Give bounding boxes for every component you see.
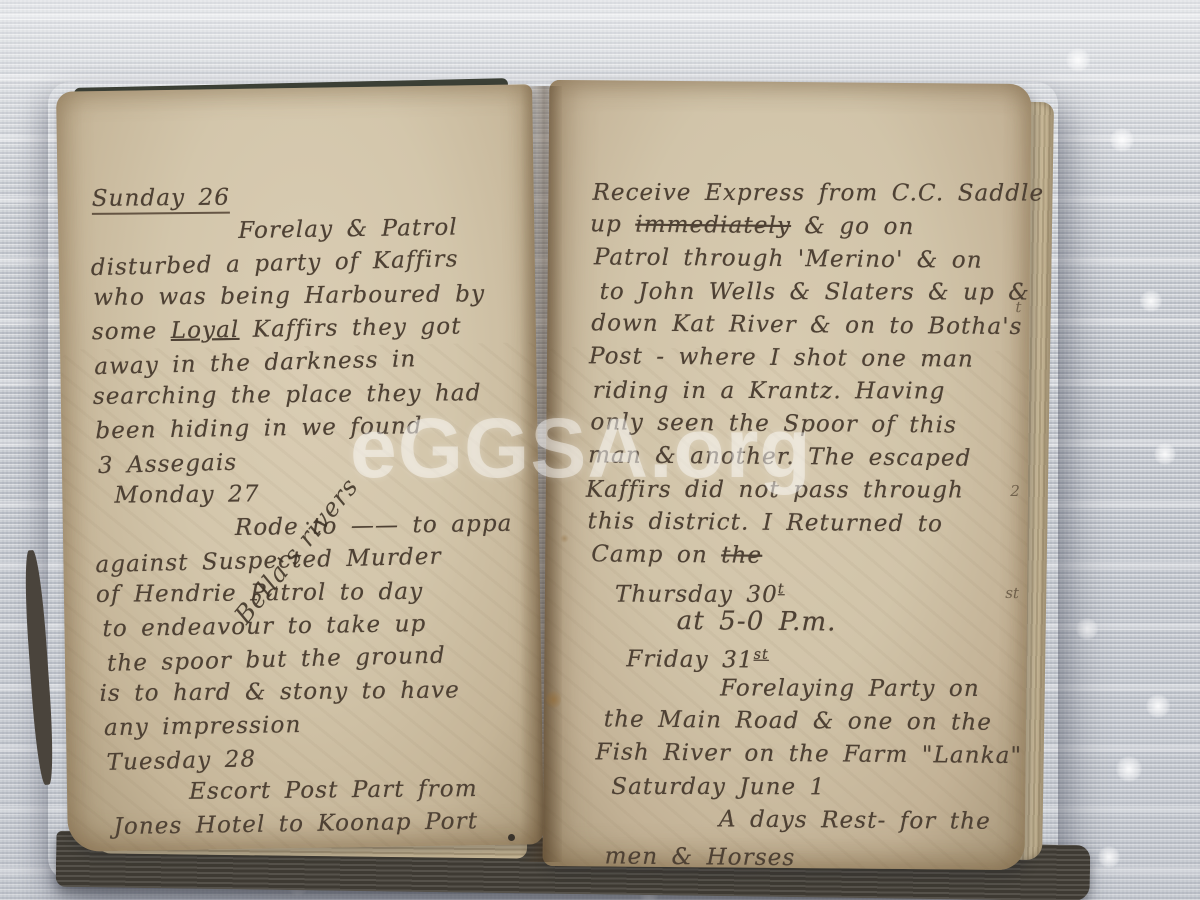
diary-line: Kaffirs did not pass through xyxy=(586,475,1018,509)
right-page-text: Receive Express from C.C. Saddle up imme… xyxy=(543,80,1032,878)
diary-line: Forelaying Party on xyxy=(720,673,1016,707)
diary-line: who was being Harboured by xyxy=(93,279,521,316)
fabric-dot xyxy=(1110,128,1134,152)
edge-ink-fragment: st xyxy=(1005,584,1019,602)
struck-word: immediately xyxy=(635,212,791,239)
fabric-dot xyxy=(1076,618,1098,640)
diary-line: Jones Hotel to Koonap Port xyxy=(113,805,529,845)
diary-line: Escort Post Part from xyxy=(189,773,529,809)
heading-sunday-26: Sunday 26 xyxy=(92,180,520,217)
underlined-word: Loyal xyxy=(171,317,240,344)
diary-line: A days Rest- for the xyxy=(719,804,1015,840)
heading-saturday-june-1: Saturday June 1 xyxy=(611,772,1015,806)
left-page-text: Sunday 26 Forelay & Patrol disturbed a p… xyxy=(56,84,544,845)
diary-line: this district. I Returned to xyxy=(587,506,1017,543)
diary-line: down Kat River & on to Botha's xyxy=(591,308,1019,345)
fabric-dot xyxy=(1116,756,1142,782)
diary-line: up immediately & go on xyxy=(590,209,1020,246)
diary-line: at 5-0 P.m. xyxy=(677,606,1017,642)
diary-line: riding in a Krantz. Having xyxy=(593,376,1019,410)
superscript: t xyxy=(778,581,785,597)
diary-line: men & Horses xyxy=(605,841,1015,878)
right-diary-page: Receive Express from C.C. Saddle up imme… xyxy=(543,80,1032,870)
diary-line: the Main Road & one on the xyxy=(604,704,1016,741)
heading-thursday-30: Thursday 30t xyxy=(615,574,1017,608)
diary-line: Camp on the xyxy=(591,539,1017,576)
heading-friday-31: Friday 31st xyxy=(626,639,1016,675)
fabric-dot xyxy=(1140,290,1162,312)
left-diary-page: Sunday 26 Forelay & Patrol disturbed a p… xyxy=(56,84,544,851)
struck-word: the xyxy=(721,542,762,568)
diary-line: to John Wells & Slaters & up & xyxy=(600,277,1020,311)
diary-line: Receive Express from C.C. Saddle xyxy=(592,178,1020,212)
fabric-dot xyxy=(1098,846,1120,868)
fabric-dot xyxy=(1154,443,1176,465)
diary-line: Fish River on the Farm "Lanka" xyxy=(595,737,1015,774)
diary-line: man & another. The escaped xyxy=(588,440,1018,477)
fabric-dot xyxy=(1146,694,1170,718)
fabric-dot xyxy=(1066,48,1090,72)
superscript: st xyxy=(754,647,769,663)
edge-ink-fragment: 2 xyxy=(1010,482,1020,500)
diary-line: Patrol through 'Merino' & on xyxy=(594,242,1020,279)
diary-line: of Hendrie Patrol to day xyxy=(96,576,526,613)
diary-line: Post - where I shot one man xyxy=(589,341,1019,378)
diary-line: only seen the Spoor of this xyxy=(590,407,1018,444)
edge-ink-fragment: t xyxy=(1015,298,1021,316)
diary-line: is to hard & stony to have xyxy=(99,675,527,712)
diary-line: searching the place they had xyxy=(93,378,523,415)
